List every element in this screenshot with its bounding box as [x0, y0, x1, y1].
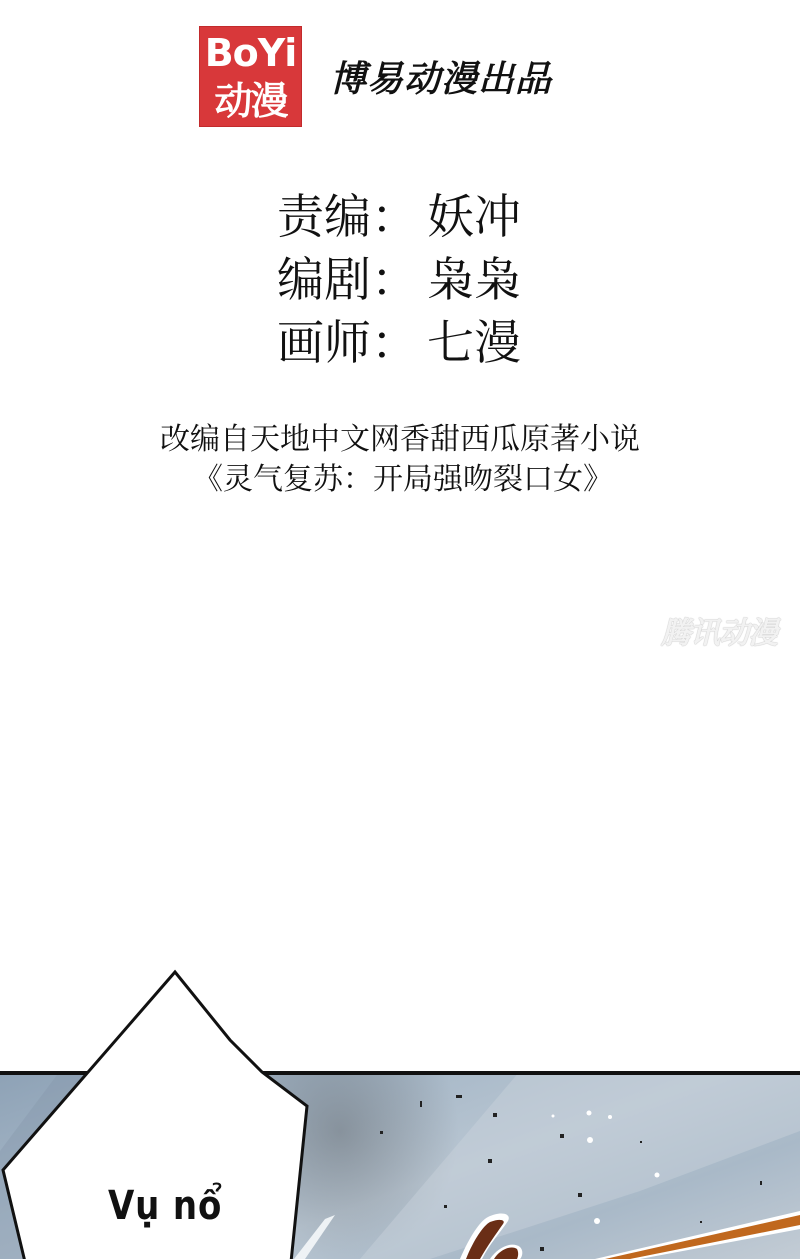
speech-bubble: [0, 0, 800, 1259]
speech-bubble-text: Vụ nổ: [108, 1183, 222, 1229]
